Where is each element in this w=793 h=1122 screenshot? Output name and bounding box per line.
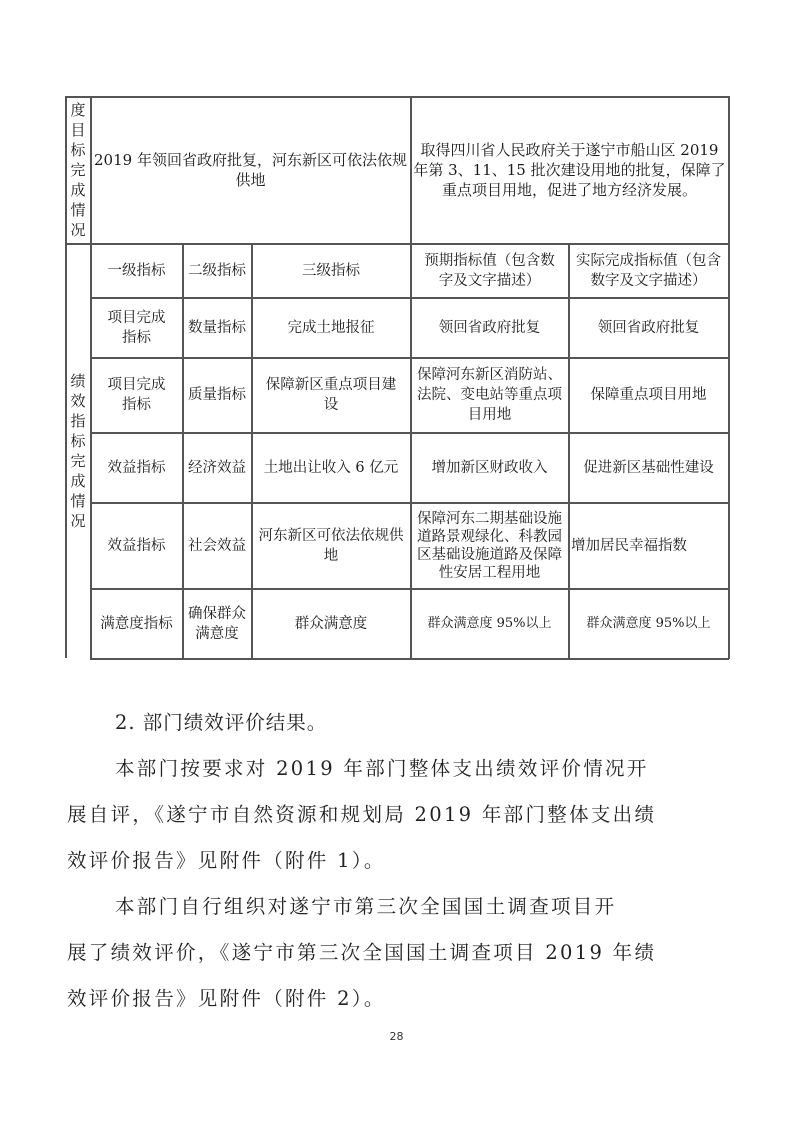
page-number: 28 xyxy=(0,1030,793,1043)
table-row-1-level3: 完成土地报征 xyxy=(252,298,410,357)
label-char: 况 xyxy=(70,511,85,531)
paragraph-2-line-3: 效评价报告》见附件（附件 2）。 xyxy=(67,976,687,1022)
header-level2: 二级指标 xyxy=(183,244,251,297)
label-char: 指 xyxy=(70,411,85,431)
table-row-2-level2: 质量指标 xyxy=(183,358,251,432)
table-row-2-actual: 保障重点项目用地 xyxy=(569,358,728,432)
paragraph-1-line-3: 效评价报告》见附件（附件 1）。 xyxy=(67,838,687,884)
paragraph-1-line-2: 展自评，《遂宁市自然资源和规划局 2019 年部门整体支出绩 xyxy=(67,792,687,838)
label-char: 效 xyxy=(70,391,85,411)
table-row-5-actual: 群众满意度 95%以上 xyxy=(569,589,728,658)
table-row-2-level3: 保障新区重点项目建设 xyxy=(252,358,410,432)
label-char: 度 xyxy=(70,100,85,120)
header-level1: 一级指标 xyxy=(91,244,182,297)
table-row-5-level3: 群众满意度 xyxy=(252,589,410,658)
annual-goal-text: 2019 年领回省政府批复，河东新区可依法依规供地 xyxy=(91,97,410,243)
document-page: 度 目 标 完 成 情 况 2019 年领回省政府批复，河东新区可依法依规供地 … xyxy=(0,0,793,1122)
label-char: 绩 xyxy=(70,371,85,391)
table-row-5-level1: 满意度指标 xyxy=(91,589,182,658)
table-row-4-level3: 河东新区可依法依规供地 xyxy=(252,503,410,588)
label-char: 标 xyxy=(70,140,85,160)
label-char: 成 xyxy=(70,180,85,200)
section-heading-text: 2. 部门绩效评价结果。 xyxy=(67,700,735,746)
table-row-1-actual: 领回省政府批复 xyxy=(569,298,728,357)
paragraph-2-line-2: 展了绩效评价，《遂宁市第三次全国国土调查项目 2019 年绩 xyxy=(67,930,687,976)
annual-goal-label: 度 目 标 完 成 情 况 xyxy=(66,97,90,243)
table-border-right xyxy=(728,96,730,659)
label-char: 目 xyxy=(70,120,85,140)
label-char: 完 xyxy=(70,451,85,471)
paragraph-1-line-1: 本部门按要求对 2019 年部门整体支出绩效评价情况开 xyxy=(67,746,687,792)
label-char: 况 xyxy=(70,220,85,240)
label-char: 情 xyxy=(70,200,85,220)
table-row-4-actual: 增加居民幸福指数 xyxy=(569,503,728,588)
label-char: 标 xyxy=(70,431,85,451)
header-expected: 预期指标值（包含数字及文字描述） xyxy=(411,244,568,297)
table-row-3-level1: 效益指标 xyxy=(91,433,182,502)
table-row-4-expected: 保障河东二期基础设施道路景观绿化、科教园区基础设施道路及保障性安居工程用地 xyxy=(411,503,568,588)
table-row-2-level1: 项目完成指标 xyxy=(91,358,182,432)
table-row-3-level2: 经济效益 xyxy=(183,433,251,502)
paragraph-1: 本部门按要求对 2019 年部门整体支出绩效评价情况开 展自评，《遂宁市自然资源… xyxy=(67,746,687,884)
table-row-1-level1: 项目完成指标 xyxy=(91,298,182,357)
table-row-3-level3: 土地出让收入 6 亿元 xyxy=(252,433,410,502)
table-row-4-level1: 效益指标 xyxy=(91,503,182,588)
table-row-1-level2: 数量指标 xyxy=(183,298,251,357)
table-row-5-expected: 群众满意度 95%以上 xyxy=(411,589,568,658)
table-row-3-expected: 增加新区财政收入 xyxy=(411,433,568,502)
label-char: 完 xyxy=(70,160,85,180)
label-char: 情 xyxy=(70,491,85,511)
table-row-2-expected: 保障河东新区消防站、法院、变电站等重点项目用地 xyxy=(411,358,568,432)
annual-goal-result-text: 取得四川省人民政府关于遂宁市船山区 2019 年第 3、11、15 批次建设用地… xyxy=(411,97,728,243)
table-row-5-level2: 确保群众满意度 xyxy=(183,589,251,658)
table-row-3-actual: 促进新区基础性建设 xyxy=(569,433,728,502)
performance-indicator-label: 绩 效 指 标 完 成 情 况 xyxy=(66,244,90,658)
paragraph-2: 本部门自行组织对遂宁市第三次全国国土调查项目开 展了绩效评价，《遂宁市第三次全国… xyxy=(67,884,687,1022)
header-level3: 三级指标 xyxy=(252,244,410,297)
label-char: 成 xyxy=(70,471,85,491)
section-heading: 2. 部门绩效评价结果。 xyxy=(115,700,735,746)
header-actual: 实际完成指标值（包含数字及文字描述） xyxy=(569,244,728,297)
table-row-4-level2: 社会效益 xyxy=(183,503,251,588)
paragraph-2-line-1: 本部门自行组织对遂宁市第三次全国国土调查项目开 xyxy=(67,884,687,930)
table-row-1-expected: 领回省政府批复 xyxy=(411,298,568,357)
